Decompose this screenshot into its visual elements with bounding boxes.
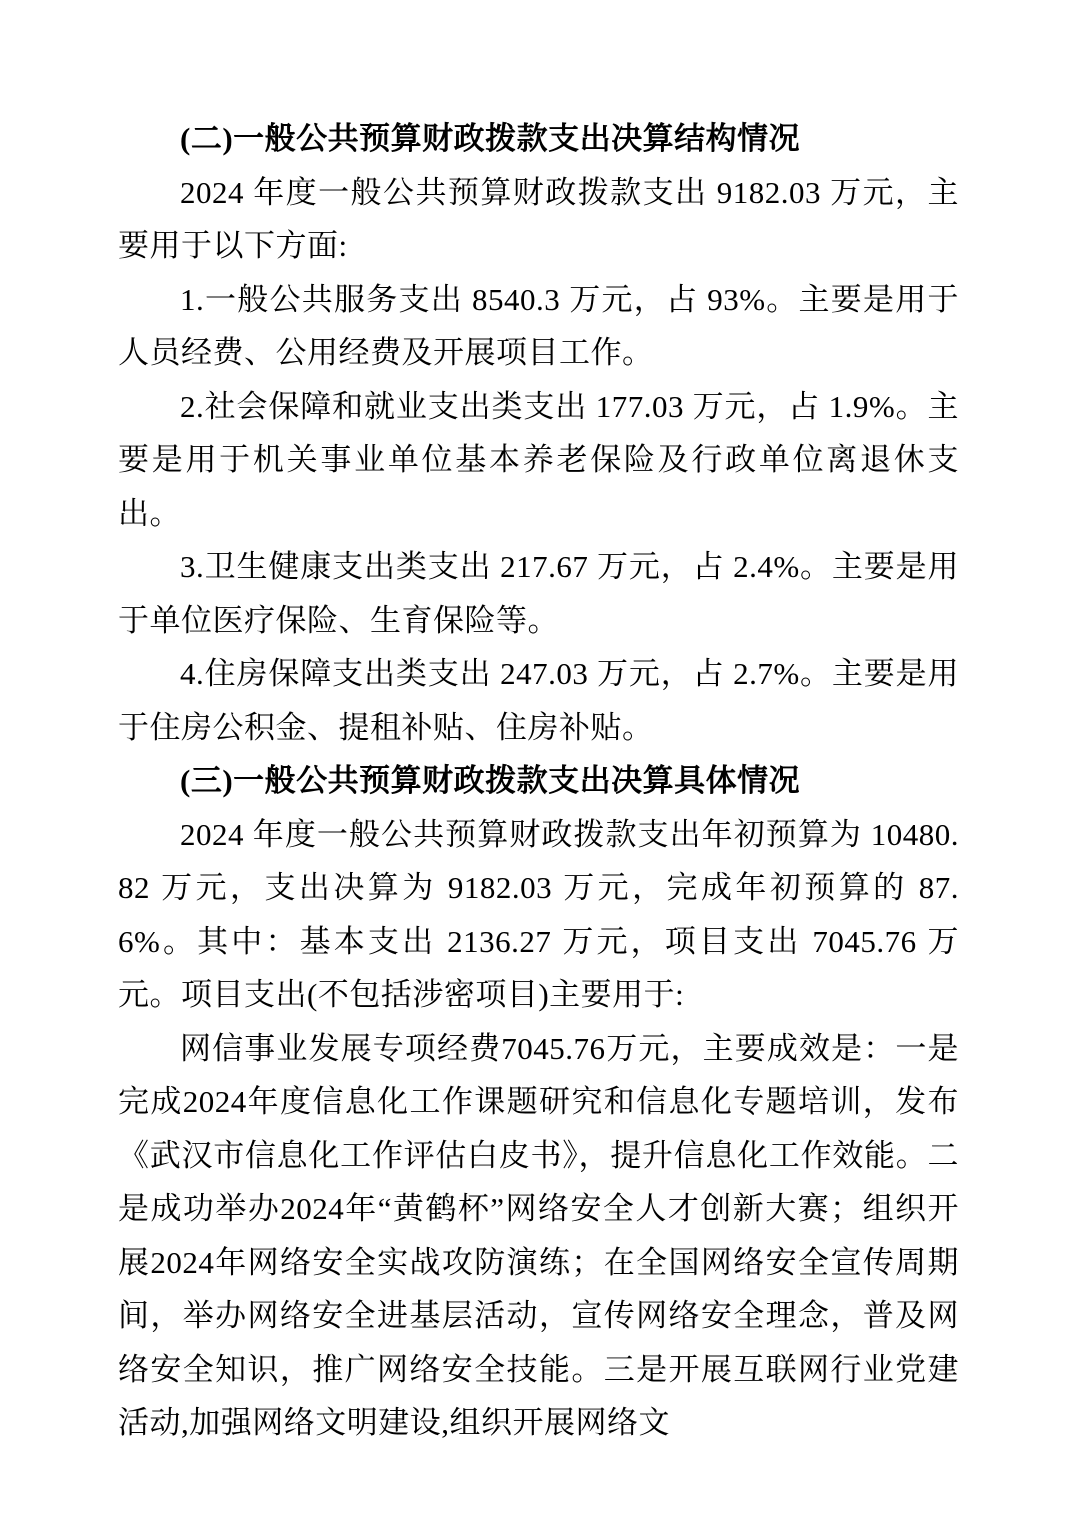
paragraph-item-3-health: 3.卫生健康支出类支出 217.67 万元，占 2.4%。主要是用于单位医疗保险…	[118, 540, 959, 647]
section-heading-2-expenditure-structure: (二)一般公共预算财政拨款支出决算结构情况	[118, 112, 959, 166]
document-page: (二)一般公共预算财政拨款支出决算结构情况 2024 年度一般公共预算财政拨款支…	[0, 0, 1074, 1520]
paragraph-cyberspace-project-funds: 网信事业发展专项经费7045.76万元，主要成效是：一是完成2024年度信息化工…	[118, 1022, 959, 1450]
paragraph-item-4-housing-security: 4.住房保障支出类支出 247.03 万元，占 2.7%。主要是用于住房公积金、…	[118, 647, 959, 754]
paragraph-item-1-general-public-services: 1.一般公共服务支出 8540.3 万元，占 93%。主要是用于人员经费、公用经…	[118, 273, 959, 380]
paragraph-budget-vs-final-accounts: 2024 年度一般公共预算财政拨款支出年初预算为 10480.82 万元，支出决…	[118, 808, 959, 1022]
paragraph-total-expenditure: 2024 年度一般公共预算财政拨款支出 9182.03 万元，主要用于以下方面:	[118, 166, 959, 273]
document-body: (二)一般公共预算财政拨款支出决算结构情况 2024 年度一般公共预算财政拨款支…	[118, 112, 959, 1450]
section-heading-3-expenditure-details: (三)一般公共预算财政拨款支出决算具体情况	[118, 754, 959, 808]
paragraph-item-2-social-security-employment: 2.社会保障和就业支出类支出 177.03 万元，占 1.9%。主要是用于机关事…	[118, 380, 959, 541]
